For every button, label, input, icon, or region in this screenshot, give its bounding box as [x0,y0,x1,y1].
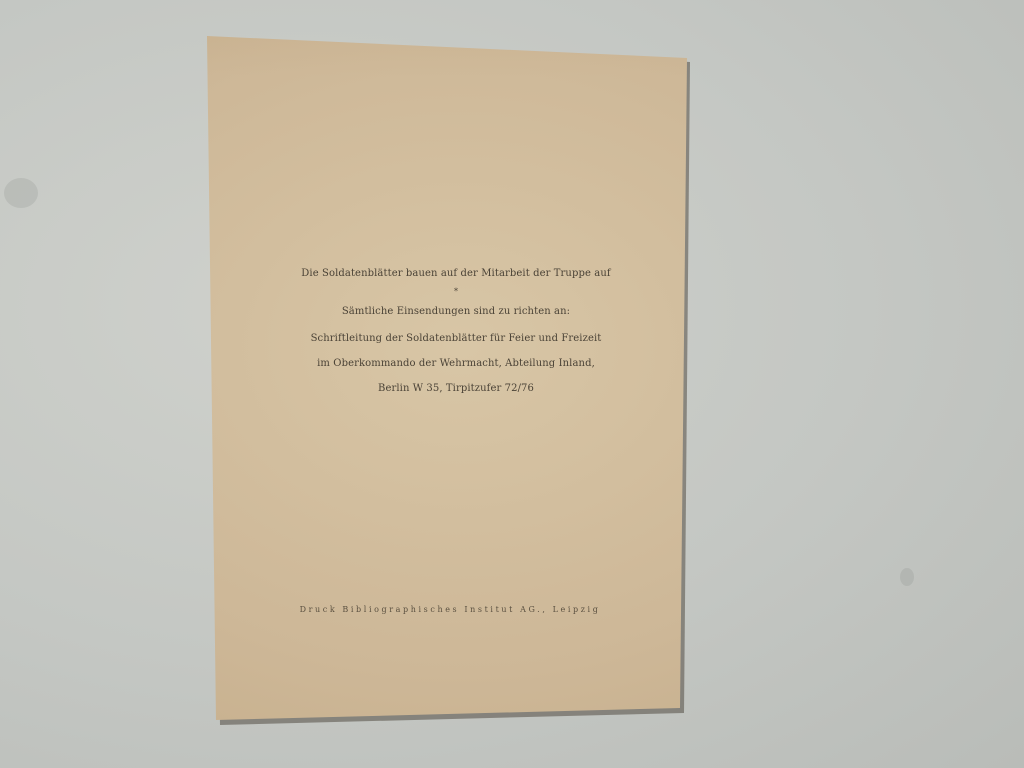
address-line: Berlin W 35, Tirpitzufer 72/76 [300,383,612,394]
surface-stain [4,178,38,208]
notice-line-2: Sämtliche Einsendungen sind zu richten a… [300,306,612,317]
surface-stain [900,568,914,586]
notice-line-1: Die Soldatenblätter bauen auf der Mitarb… [300,268,612,279]
separator-asterisk: * [300,287,612,296]
printer-imprint: Druck Bibliographisches Institut AG., Le… [280,605,620,614]
notice-line-3: Schriftleitung der Soldatenblätter für F… [300,333,612,344]
booklet-back-cover: Die Soldatenblätter bauen auf der Mitarb… [0,0,1024,768]
notice-line-4: im Oberkommando der Wehrmacht, Abteilung… [300,358,612,369]
